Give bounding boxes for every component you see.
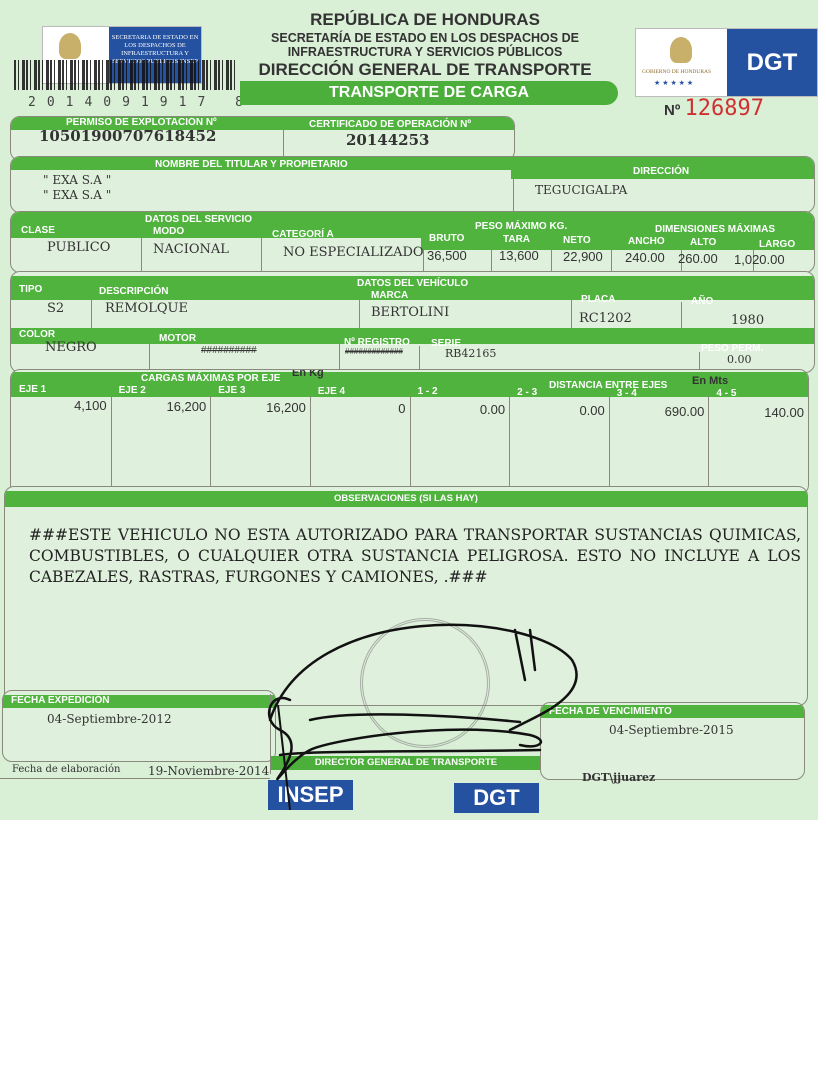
vencimiento-label: FECHA DE VENCIMIENTO [549,706,672,717]
axle-label-2: EJE 2 [119,385,146,396]
address-value: TEGUCIGALPA [535,183,627,197]
barcode [14,60,238,90]
largo-value: 1,020.00 [734,252,785,267]
official-stamp [360,618,490,748]
placa-label: PLACA [581,294,615,305]
dgt-logo: GOBIERNO DE HONDURAS ★ ★ ★ ★ ★ DGT [635,28,818,97]
ancho-label: ANCHO [628,236,665,247]
bruto-value: 36,500 [427,248,467,263]
folio-label: Nº [664,102,680,119]
service-section: DATOS DEL SERVICIO CLASE MODO CATEGORÍ A… [10,211,815,273]
vencimiento-value: 04-Septiembre-2015 [609,723,734,737]
axle-label-3: EJE 3 [218,385,245,396]
address-label: DIRECCIÓN [633,166,689,177]
axle-label-8: 4 - 5 [716,388,736,399]
serie-value: RB42165 [445,347,496,360]
gov-caption: GOBIERNO DE HONDURAS [642,69,711,75]
axle-value-3: 16,200 [210,400,306,415]
folio: Nº 126897 [664,96,764,121]
axle-label-7: 3 - 4 [617,388,637,399]
certificate-paper: SECRETARIA DE ESTADO EN LOS DESPACHOS DE… [0,0,818,820]
observations-label: OBSERVACIONES (SI LAS HAY) [5,491,807,507]
dimensiones-label: DIMENSIONES MÁXIMAS [655,224,775,235]
clase-label: CLASE [21,225,55,236]
dgt-badge: DGT [454,783,539,813]
color-value: NEGRO [45,340,97,355]
marca-label: MARCA [371,290,408,301]
alto-label: ALTO [690,237,716,248]
modo-label: MODO [153,226,184,237]
anio-label: AÑO [691,296,713,307]
modo-value: NACIONAL [153,242,229,257]
color-label: COLOR [19,329,55,340]
country-title: REPÚBLICA DE HONDURAS [240,10,610,30]
descripcion-label: DESCRIPCIÓN [99,286,168,297]
service-section-label: DATOS DEL SERVICIO [145,214,252,225]
registro-value: ############# [345,347,403,356]
folio-number: 126897 [684,96,763,121]
elaboracion-label: Fecha de elaboración [12,764,121,775]
axle-value-4: 0 [310,401,406,416]
tara-label: TARA [503,234,530,245]
motor-value: ########## [201,345,257,356]
expedicion-section: FECHA EXPEDICIÓN 04-Septiembre-2012 [2,690,276,762]
anio-value: 1980 [731,313,764,328]
propietario-name: " EXA S.A " [43,188,111,202]
cargas-unit: En Kg [292,369,324,379]
titular-name: " EXA S.A " [43,173,111,187]
director-label: DIRECTOR GENERAL DE TRANSPORTE [271,756,541,770]
peso-perm-value: 0.00 [727,353,752,366]
peso-label: PESO MÁXIMO KG. [475,221,567,232]
stars-icon: ★ ★ ★ ★ ★ [654,79,693,87]
axle-value-7: 690.00 [609,404,705,419]
clase-value: PUBLICO [47,240,110,255]
expedicion-value: 04-Septiembre-2012 [47,712,172,726]
certificado-label: CERTIFICADO DE OPERACIÓN Nº [309,119,471,130]
distancia-label: DISTANCIA ENTRE EJES [549,380,667,391]
cargas-label: CARGAS MÁXIMAS POR EJE [141,373,280,384]
distancia-unit: En Mts [692,375,728,387]
vehicle-section-label: DATOS DEL VEHÍCULO [357,278,468,289]
certificado-value: 20144253 [346,131,430,149]
axle-value-1: 4,100 [11,398,107,413]
permiso-value: 10501900707618452 [39,127,216,145]
largo-label: LARGO [759,239,795,250]
marca-value: BERTOLINI [371,305,449,320]
document-type-banner: TRANSPORTE DE CARGA [240,81,618,105]
categoria-value: NO ESPECIALIZADO [283,245,424,260]
expedicion-label: FECHA EXPEDICIÓN [11,695,110,706]
alto-value: 260.00 [678,251,718,266]
vencimiento-section: FECHA DE VENCIMIENTO 04-Septiembre-2015 [540,702,805,780]
descripcion-value: REMOLQUE [105,301,188,316]
vehicle-section: DATOS DEL VEHÍCULO TIPO DESCRIPCIÓN MARC… [10,271,815,373]
axle-value-8: 140.00 [708,405,804,420]
tipo-value: S2 [47,301,64,316]
axles-section: CARGAS MÁXIMAS POR EJE En Kg DISTANCIA E… [10,369,809,495]
neto-value: 22,900 [563,249,603,264]
permits-section: PERMISO DE EXPLOTACIÓN Nº CERTIFICADO DE… [10,116,515,161]
neto-label: NETO [563,235,591,246]
ancho-value: 240.00 [625,250,665,265]
ministry-line-2: INFRAESTRUCTURA Y SERVICIOS PÚBLICOS [240,45,610,59]
ministry-line-1: SECRETARÍA DE ESTADO EN LOS DESPACHOS DE [240,31,610,45]
observations-text: ###ESTE VEHICULO NO ESTA AUTORIZADO PARA… [29,525,801,588]
axle-value-2: 16,200 [111,399,207,414]
coat-of-arms-icon [670,37,692,63]
dgt-brand: DGT [727,29,817,96]
owner-section: NOMBRE DEL TITULAR Y PROPIETARIO DIRECCI… [10,156,815,213]
categoria-label: CATEGORÍ A [272,229,334,240]
axle-label-1: EJE 1 [19,384,46,395]
tipo-label: TIPO [19,284,42,295]
axle-label-5: 1 - 2 [418,386,438,397]
bruto-label: BRUTO [429,233,464,244]
tara-value: 13,600 [499,248,539,263]
directorate-title: DIRECCIÓN GENERAL DE TRANSPORTE [240,60,610,80]
elaboracion-value: 19-Noviembre-2014 [148,764,269,778]
motor-label: MOTOR [159,333,196,344]
coat-of-arms-icon [59,33,81,59]
barcode-number: 2014091917 8 [28,95,254,110]
placa-value: RC1202 [579,311,632,326]
axle-label-6: 2 - 3 [517,387,537,398]
axle-label-4: EJE 4 [318,386,345,397]
owner-label: NOMBRE DEL TITULAR Y PROPIETARIO [155,159,348,170]
user-value: DGT\jjuarez [582,771,655,784]
axle-value-5: 0.00 [410,402,506,417]
axle-value-6: 0.00 [509,403,605,418]
insep-badge: INSEP [268,780,353,810]
